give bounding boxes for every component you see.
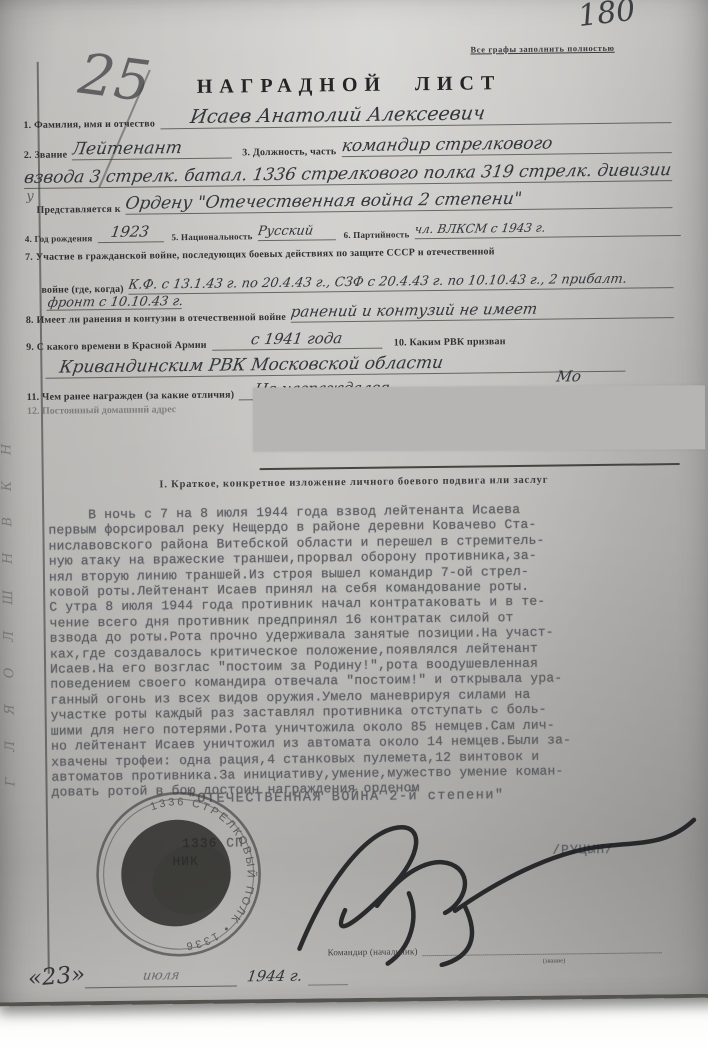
archive-page-number: 180	[577, 0, 637, 32]
field-rank-line: Лейтенант	[72, 139, 232, 160]
field-name-line: Исаев Анатолий Алексеевич	[160, 102, 672, 129]
field-army-since-label: 9. С какого времени в Красной Армии	[26, 340, 212, 353]
redaction-overlay	[253, 385, 705, 451]
field-position-label: 3. Должность, часть	[232, 146, 341, 158]
field-rvk-label: 10. Каким РВК призван	[382, 336, 511, 349]
section-divider	[260, 463, 680, 470]
field-presented-label: Представляется к	[36, 204, 125, 216]
field-war-participation-label: 7. Участие в гражданской войне, последую…	[25, 244, 680, 263]
field-rank-value: Лейтенант	[72, 140, 183, 158]
handwritten-tick: у	[26, 190, 34, 203]
field-birthyear-line: 1923	[97, 223, 163, 243]
margin-pencil-marks: ГЛЯОЛШНВКН	[0, 286, 19, 786]
field-rvk-row: Кривандинским РВК Московской области	[45, 353, 625, 379]
form-instruction: Все графы заполнить полностью	[438, 42, 646, 55]
citation-body: В ночь с 7 на 8 июля 1944 года взвод лей…	[48, 500, 664, 800]
field-nationality-label: 5. Национальность	[163, 231, 257, 242]
field-birthyear-value: 1923	[110, 224, 150, 239]
award-sheet-page: ГЛЯОЛШНВКН 180 25 Все графы заполнить по…	[0, 0, 708, 1006]
field-war-value: К.Ф. с 13.1.43 г. по 20.4.43 г., СЗФ с 2…	[129, 273, 629, 292]
field-position-value: командир стрелкового	[341, 136, 553, 156]
field-rank-label: 2. Звание	[24, 149, 73, 161]
field-army-since-row: 9. С какого времени в Красной Армии с 19…	[26, 326, 674, 353]
field-rvk-value: Кривандинским РВК Московской области	[45, 355, 444, 377]
field-army-since-line: с 1941 года	[212, 330, 382, 351]
unit-seal-stamp: 1336 СТРЕЛКОВЫЙ ПОЛК • 1336	[81, 779, 275, 969]
signer-caption: Командир (начальник)	[328, 946, 423, 957]
field-party-line: чл. ВЛКСМ с 1943 г.	[414, 217, 681, 239]
date-year: 1944 г.	[235, 969, 309, 987]
field-army-since-value: с 1941 года	[250, 331, 343, 347]
field-wounds-value: ранений и контузий не имеет	[291, 302, 539, 320]
field-presented-value: Ордену "Отечественная война 2 степени"	[126, 191, 524, 213]
date-day: «23»	[27, 963, 86, 991]
field-nationality-line: Русский	[257, 221, 335, 241]
field-position-line: командир стрелкового	[341, 134, 672, 157]
section-heading: I. Краткое, конкретное изложение личного…	[0, 473, 708, 493]
document-date-row: «23» июля 1944 г.	[28, 962, 348, 989]
handwritten-fragment: Мо	[555, 369, 582, 384]
field-war-line: К.Ф. с 13.1.43 г. по 20.4.43 г., СЗФ с 2…	[129, 269, 674, 295]
field-address-label: 12. Постоянный домашний адрес	[27, 404, 176, 417]
field-birth-nation-party-row: 4. Год рождения 1923 5. Национальность Р…	[25, 217, 681, 244]
document-photo: ГЛЯОЛШНВКН 180 25 Все графы заполнить по…	[0, 0, 708, 1053]
field-rvk-line: Кривандинским РВК Московской области	[45, 353, 625, 379]
field-presented-line: Ордену "Отечественная война 2 степени"	[126, 189, 673, 215]
field-position-value2: взвода 3 стрелк. батал. 1336 стрелкового…	[24, 162, 672, 187]
date-month-line: июля	[85, 965, 237, 988]
field-name-label: 1. Фамилия, имя и отчество	[23, 118, 160, 131]
field-name-value: Исаев Анатолий Алексеевич	[160, 104, 486, 127]
field-position-line2: взвода 3 стрелк. батал. 1336 стрелкового…	[24, 162, 672, 189]
field-birthyear-label: 4. Год рождения	[25, 233, 98, 244]
field-presented-row: Представляется к Ордену "Отечественная в…	[36, 189, 672, 216]
field-wounds-label: 8. Имеет ли ранения и контузии в отечест…	[26, 312, 291, 326]
field-position-row2: взвода 3 стрелк. батал. 1336 стрелкового…	[24, 162, 672, 189]
field-party-value: чл. ВЛКСМ с 1943 г.	[414, 222, 546, 236]
field-nationality-value: Русский	[257, 224, 313, 238]
date-month: июля	[142, 969, 181, 982]
field-wounds-line: ранений и контузий не имеет	[291, 299, 674, 323]
date-tail-line	[308, 984, 348, 985]
field-party-label: 6. Партийность	[336, 229, 415, 240]
field-prev-awards-label: 11. Чем ранее награжден (за какие отличи…	[27, 389, 240, 403]
